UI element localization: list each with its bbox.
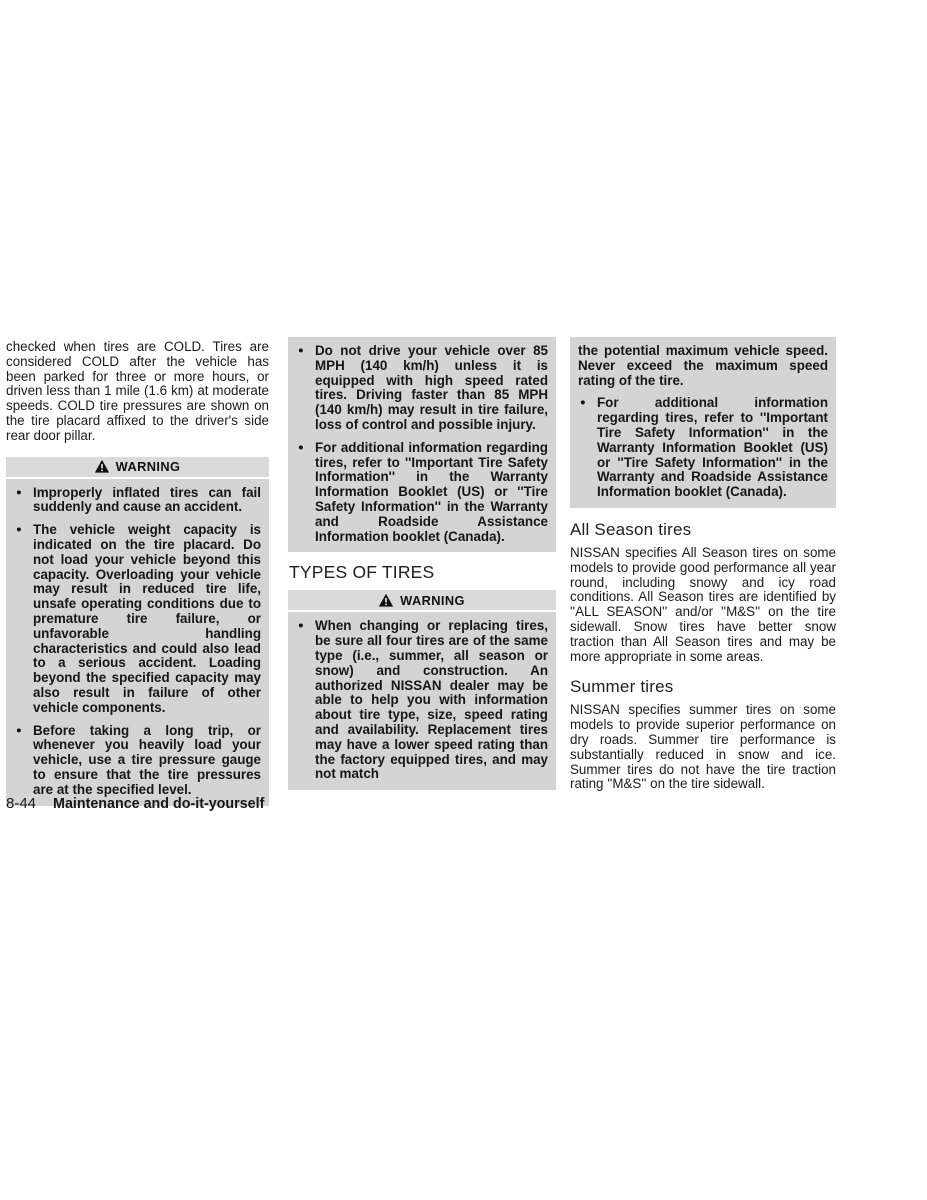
heading-summer-tires: Summer tires (570, 677, 836, 697)
warning-continued-text: the potential maximum vehicle speed. Nev… (578, 344, 828, 388)
warning-bullet: ● Do not drive your vehicle over 85 MPH … (296, 344, 548, 433)
page-number: 8-44 (6, 795, 36, 812)
manual-page: checked when tires are COLD. Tires are c… (0, 0, 927, 1200)
all-season-tires-paragraph: NISSAN specifies All Season tires on som… (570, 546, 836, 664)
warning-body: ● Improperly inflated tires can fail sud… (6, 479, 269, 806)
warning-bullet-list: ● For additional information regarding t… (578, 396, 828, 500)
warning-bullet-list: ● Do not drive your vehicle over 85 MPH … (296, 344, 548, 544)
middle-column: ● Do not drive your vehicle over 85 MPH … (288, 337, 556, 790)
warning-bullet: ● Improperly inflated tires can fail sud… (14, 486, 261, 516)
warning-box-middle-continued: ● Do not drive your vehicle over 85 MPH … (288, 337, 556, 552)
bullet-icon: ● (14, 523, 33, 715)
warning-header: WARNING (6, 457, 269, 477)
warning-box-right-continued: the potential maximum vehicle speed. Nev… (570, 337, 836, 508)
warning-bullet: ● For additional information regarding t… (578, 396, 828, 500)
warning-title: WARNING (116, 459, 181, 474)
warning-body: ● When changing or replacing tires, be s… (288, 612, 556, 790)
warning-box-middle: WARNING ● When changing or replacing tir… (288, 590, 556, 790)
chapter-title: Maintenance and do-it-yourself (53, 796, 264, 812)
page-footer: 8-44 Maintenance and do-it-yourself (6, 795, 264, 812)
warning-bullet-list: ● When changing or replacing tires, be s… (296, 619, 548, 782)
warning-bullet: ● The vehicle weight capacity is indicat… (14, 523, 261, 715)
warning-bullet: ● For additional information regarding t… (296, 441, 548, 545)
bullet-icon: ● (14, 724, 33, 798)
warning-triangle-icon (95, 460, 109, 473)
warning-bullet-list: ● Improperly inflated tires can fail sud… (14, 486, 261, 798)
left-column: checked when tires are COLD. Tires are c… (6, 337, 269, 806)
intro-paragraph: checked when tires are COLD. Tires are c… (6, 340, 269, 444)
bullet-icon: ● (296, 344, 315, 433)
warning-header: WARNING (288, 590, 556, 610)
warning-triangle-icon (379, 594, 393, 607)
summer-tires-paragraph: NISSAN specifies summer tires on some mo… (570, 703, 836, 792)
warning-box-left: WARNING ● Improperly inflated tires can … (6, 457, 269, 806)
warning-title: WARNING (400, 593, 465, 608)
right-column: the potential maximum vehicle speed. Nev… (570, 337, 836, 792)
warning-bullet: ● Before taking a long trip, or whenever… (14, 724, 261, 798)
bullet-icon: ● (578, 396, 597, 500)
section-heading-types-of-tires: TYPES OF TIRES (289, 562, 556, 583)
bullet-icon: ● (296, 619, 315, 782)
bullet-icon: ● (296, 441, 315, 545)
warning-bullet: ● When changing or replacing tires, be s… (296, 619, 548, 782)
bullet-icon: ● (14, 486, 33, 516)
heading-all-season-tires: All Season tires (570, 520, 836, 540)
